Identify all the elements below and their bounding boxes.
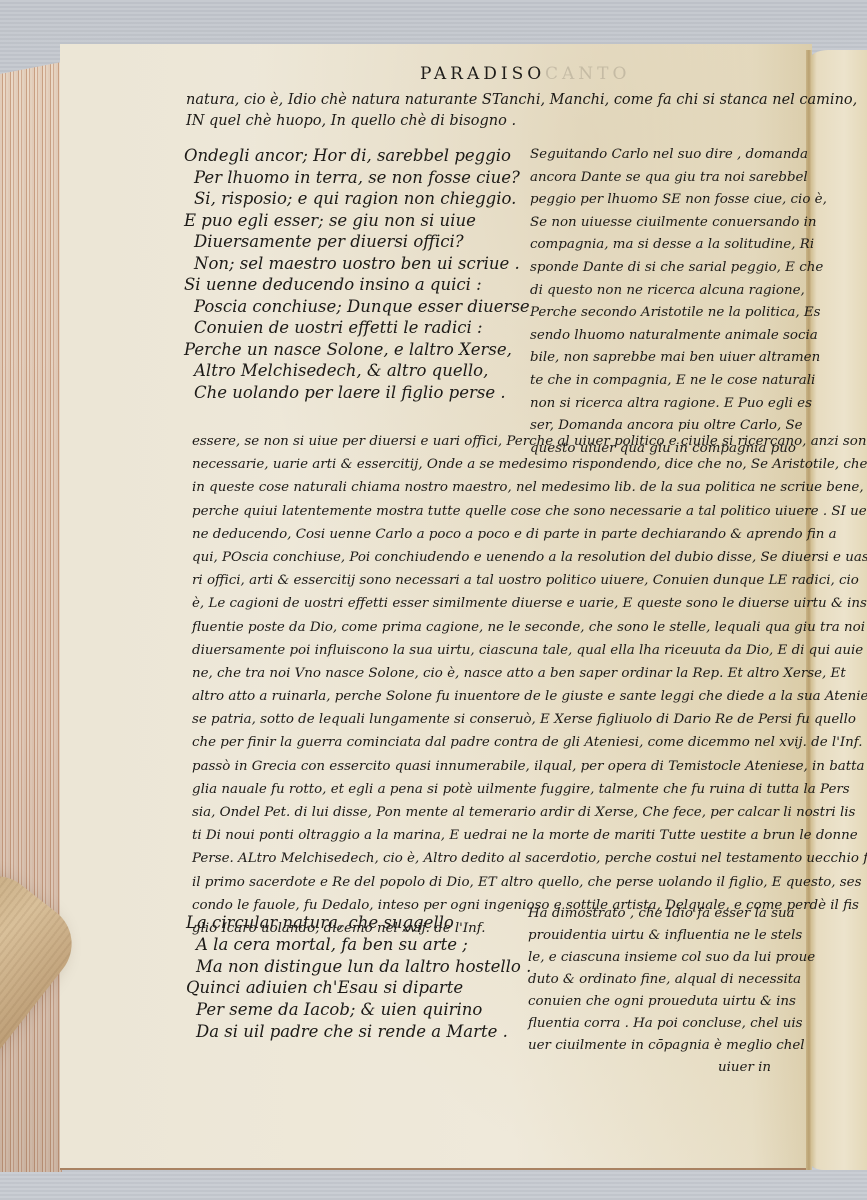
commentary-line: ti Di noui ponti oltraggio a la marina, … <box>192 824 806 847</box>
verse-line: Altro Melchisedech, & altro quello, <box>184 360 514 382</box>
verse-line: Quinci adiuien ch'Esau si diparte <box>186 977 516 999</box>
bleed-through-text: CANTO <box>545 64 630 84</box>
commentary-line: te che in compagnia, E ne le cose natura… <box>530 370 810 393</box>
commentary-line: Ha dimostrato , che Idio fa esser la sua <box>528 903 808 925</box>
commentary-full-width: essere, se non si uiue per diuersi e uar… <box>192 430 806 940</box>
commentary-line: uiuer in <box>528 1057 808 1079</box>
commentary-line: sendo lhuomo naturalmente animale socia <box>530 325 810 348</box>
commentary-line: fluentia corra . Ha poi concluse, chel u… <box>528 1013 808 1035</box>
verse-line: Ondegli ancor; Hor di, sarebbel peggio <box>184 145 514 167</box>
commentary-line: se patria, sotto de lequali lungamente s… <box>192 708 806 731</box>
commentary-line: compagnia, ma si desse a la solitudine, … <box>530 234 810 257</box>
commentary-line: bile, non saprebbe mai ben uiuer altrame… <box>530 347 810 370</box>
commentary-line: sia, Ondel Pet. di lui disse, Pon mente … <box>192 801 806 824</box>
verse-line: Per seme da Iacob; & uien quirino <box>186 999 516 1021</box>
commentary-line: di questo non ne ricerca alcuna ragione, <box>530 280 810 303</box>
verse-line: Per lhuomo in terra, se non fosse ciue? <box>184 167 514 189</box>
header-commentary-line: IN quel chè huopo, In quello chè di biso… <box>186 111 806 132</box>
running-head: PARADISO <box>420 64 545 84</box>
commentary-line: ancora Dante se qua giu tra noi sarebbel <box>530 167 810 190</box>
verse-line: Diuersamente per diuersi offici? <box>184 231 514 253</box>
header-commentary-line: natura, cio è, Idio chè natura naturante… <box>186 90 806 111</box>
verse-block-top: Ondegli ancor; Hor di, sarebbel peggio P… <box>184 145 514 403</box>
verse-line: Che uolando per laere il figlio perse . <box>184 382 514 404</box>
commentary-line: peggio per lhuomo SE non fosse ciue, cio… <box>530 189 810 212</box>
verse-line: Si, risposio; e qui ragion non chieggio. <box>184 188 514 210</box>
commentary-line: essere, se non si uiue per diuersi e uar… <box>192 430 806 453</box>
commentary-line: ri offici, arti & essercitij sono necess… <box>192 569 806 592</box>
commentary-line: ne, che tra noi Vno nasce Solone, cio è,… <box>192 662 806 685</box>
commentary-side-bottom: Ha dimostrato , che Idio fa esser la sua… <box>528 903 808 1079</box>
verse-line: Conuien de uostri effetti le radici : <box>184 317 514 339</box>
verse-line: Poscia conchiuse; Dunque esser diuerse <box>184 296 514 318</box>
commentary-line: passò in Grecia con essercito quasi innu… <box>192 755 806 778</box>
verse-block-bottom: La circular natura, che suggello A la ce… <box>186 912 516 1043</box>
commentary-line: Se non uiuesse ciuilmente conuersando in <box>530 212 810 235</box>
commentary-line: è, Le cagioni de uostri effetti esser si… <box>192 592 806 615</box>
commentary-line: altro atto a ruinarla, perche Solone fu … <box>192 685 806 708</box>
verse-line: A la cera mortal, fa ben su arte ; <box>186 934 516 956</box>
verse-line: E puo egli esser; se giu non si uiue <box>184 210 514 232</box>
commentary-line: ne deducendo, Cosi uenne Carlo a poco a … <box>192 523 806 546</box>
commentary-line: fluentie poste da Dio, come prima cagion… <box>192 616 806 639</box>
commentary-line: conuien che ogni proueduta uirtu & ins <box>528 991 808 1013</box>
verse-line: Ma non distingue lun da laltro hostello … <box>186 956 516 978</box>
verse-line: Non; sel maestro uostro ben ui scriue . <box>184 253 514 275</box>
commentary-line: duto & ordinato fine, alqual di necessit… <box>528 969 808 991</box>
commentary-line: il primo sacerdote e Re del popolo di Di… <box>192 871 806 894</box>
commentary-line: che per finir la guerra cominciata dal p… <box>192 731 806 754</box>
verse-line: Da si uil padre che si rende a Marte . <box>186 1021 516 1043</box>
verse-line: Perche un nasce Solone, e laltro Xerse, <box>184 339 514 361</box>
commentary-line: le, e ciascuna insieme col suo da lui pr… <box>528 947 808 969</box>
commentary-line: Perse. ALtro Melchisedech, cio è, Altro … <box>192 847 806 870</box>
verse-line: La circular natura, che suggello <box>186 912 516 934</box>
commentary-line: perche quiui latentemente mostra tutte q… <box>192 500 806 523</box>
commentary-line: necessarie, uarie arti & essercitij, Ond… <box>192 453 806 476</box>
verse-line: Si uenne deducendo insino a quici : <box>184 274 514 296</box>
commentary-line: non si ricerca altra ragione. E Puo egli… <box>530 393 810 416</box>
commentary-line: Perche secondo Aristotile ne la politica… <box>530 302 810 325</box>
commentary-side-top: Seguitando Carlo nel suo dire , domanda … <box>530 144 810 460</box>
commentary-line: in queste cose naturali chiama nostro ma… <box>192 476 806 499</box>
commentary-line: uer ciuilmente in cōpagnia è meglio chel <box>528 1035 808 1057</box>
commentary-line: qui, POscia conchiuse, Poi conchiudendo … <box>192 546 806 569</box>
commentary-line: sponde Dante di si che sarial peggio, E … <box>530 257 810 280</box>
commentary-line: prouidentia uirtu & influentia ne le ste… <box>528 925 808 947</box>
commentary-line: diuersamente poi influiscono la sua uirt… <box>192 639 806 662</box>
commentary-line: Seguitando Carlo nel suo dire , domanda <box>530 144 810 167</box>
commentary-line: glia nauale fu rotto, et egli a pena si … <box>192 778 806 801</box>
